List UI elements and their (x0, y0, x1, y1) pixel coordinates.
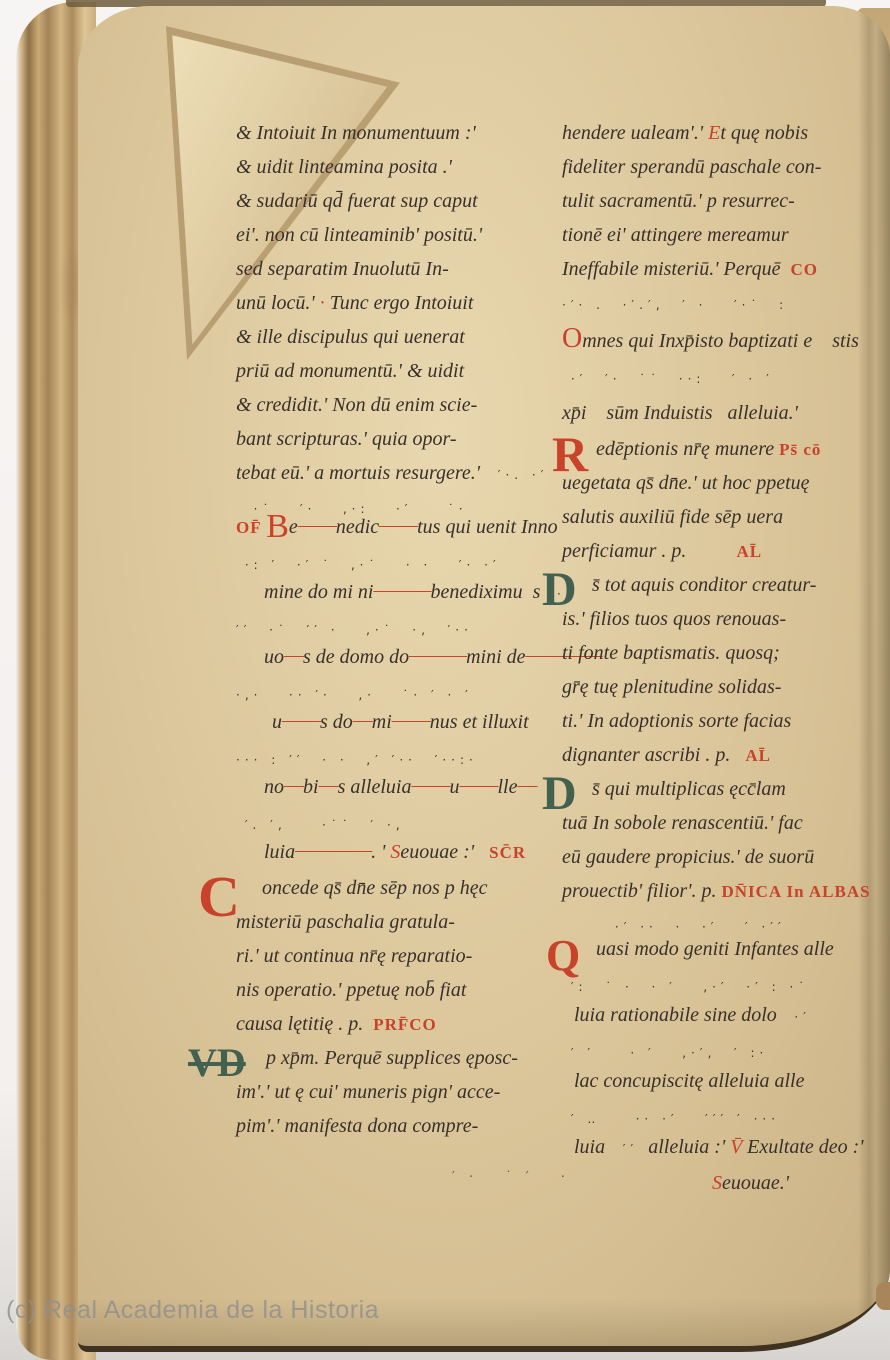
manuscript-text: s̄ qui multiplicas ęcc̄lam (592, 778, 786, 800)
manuscript-line: Ds̄ qui multiplicas ęcc̄lam (562, 778, 890, 812)
chant-extension-line: ―― (411, 774, 449, 796)
neume-marks: ·′· . ·′.′‚ ′ · ′·˙ : (562, 298, 788, 312)
manuscript-text: bi (303, 776, 319, 798)
manuscript-text: euouae :' (400, 841, 489, 863)
manuscript-text: unū locū.' (236, 292, 320, 314)
manuscript-line: ·: ′ ·′ ˙ ‚·˙ · · ′· ·′ (236, 552, 572, 581)
rubricated-letter: E (708, 122, 720, 144)
chant-extension-line: ―― (298, 514, 336, 536)
rubric: OF̄ (236, 518, 266, 537)
manuscript-text: oncede qs̄ dn̄e sēp nos p hęc (262, 877, 488, 899)
manuscript-text: s alleluia (338, 776, 412, 798)
neume-marks: ′′ (605, 1142, 638, 1156)
manuscript-text: luia rationabile sine dolo (574, 1004, 777, 1026)
manuscript-text: tulit sacramentū.' p resurrec- (562, 190, 795, 212)
neume-marks: ′·. ·′ (480, 468, 548, 482)
rubric: CO (791, 260, 819, 279)
manuscript-line: ei'. non cū linteaminib' positū.' (236, 224, 572, 258)
manuscript-column-right: hendere ualeam'.' Et quę nobisfideliter … (562, 122, 890, 1206)
manuscript-column-left: & Intoiuit In monumentuum :'& uidit lint… (236, 122, 572, 1149)
manuscript-text: tuā In sobole renascentiū.' fac (562, 812, 803, 834)
chant-extension-line: ―― (459, 774, 497, 796)
neume-marks: ′: ˙ · · ′ ‚·′ ·′ : ·˙ (562, 980, 809, 994)
neume-marks: ′ ‥ ·· ·′ ′′′ ′ ··· (562, 1112, 780, 1126)
manuscript-line: mine do mi ni―――benediximu s ′·‚ (236, 581, 572, 617)
manuscript-line: tionē ei' attingere mereamur (562, 224, 890, 258)
manuscript-line: & ille discipulus qui uenerat (236, 326, 572, 360)
manuscript-text: & Intoiuit In monumentuum :' (236, 122, 476, 144)
chant-extension-line: ― (284, 774, 303, 796)
manuscript-text: salutis auxiliū fide sēp uera (562, 506, 783, 528)
manuscript-text: nis operatio.' ppetuę nob̄ fiat (236, 979, 466, 1001)
manuscript-text: benediximu (430, 581, 522, 603)
manuscript-text: bant scripturas.' quia opor- (236, 428, 457, 450)
manuscript-text: Ineffabile misteriū.' Perquē (562, 258, 791, 280)
manuscript-line: ·′ ′· ˙˙ ··: ′ · ′ (562, 366, 890, 402)
manuscript-line: gr̄ę tuę plenitudine solidas- (562, 676, 890, 710)
manuscript-line: bant scripturas.' quia opor- (236, 428, 572, 462)
manuscript-text: tus qui uenit Inno (417, 516, 558, 538)
manuscript-text: tionē ei' attingere mereamur (562, 224, 789, 246)
neume-marks: ·: ′ ·′ ˙ ‚·˙ · · ′· ·′ (236, 558, 501, 572)
manuscript-line: ′ ‥ ·· ·′ ′′′ ′ ··· (562, 1106, 890, 1136)
library-watermark: (c) Real Academia de la Historia (6, 1296, 379, 1325)
page-edge-tab (876, 1282, 890, 1310)
manuscript-text: t quę nobis (720, 122, 808, 144)
manuscript-line: luia ′′ alleluia :' V̄ Exultate deo :' (562, 1136, 890, 1172)
manuscript-text: & credidit.' Non dū enim scie- (236, 394, 477, 416)
manuscript-text: u (449, 776, 459, 798)
manuscript-text: prouectib' filior'. p. (562, 880, 721, 902)
manuscript-text: mini de (466, 646, 525, 668)
manuscript-line: ′. ′‚ ·˙˙ ′ ·‚ (236, 812, 572, 841)
chant-extension-line: ― (353, 709, 372, 731)
manuscript-text: & ille discipulus qui uenerat (236, 326, 465, 348)
manuscript-line: ·‚· ·· ′· ‚· ˙· ′ · ′ (236, 682, 572, 711)
manuscript-text: im'.' ut ę cui' muneris pign' acce- (236, 1081, 500, 1103)
illuminated-initial-q: Q (546, 936, 580, 976)
manuscript-line: pim'.' manifesta dona compre- (236, 1115, 572, 1149)
manuscript-line: ′ ′ · ′ ‚·′‚ ′ :· (562, 1040, 890, 1070)
manuscript-text: s (523, 581, 541, 603)
manuscript-text: alleluia :' (638, 1136, 730, 1158)
rubric: AL̄ (736, 542, 762, 561)
manuscript-text: nedic (336, 516, 379, 538)
manuscript-text: ti fonte baptismatis. quosq; (562, 642, 780, 664)
manuscript-line: Seuouae.' (562, 1172, 890, 1206)
manuscript-text: nus et illuxit (430, 711, 529, 733)
manuscript-line: eū gaudere propicius.' de suorū (562, 846, 890, 880)
manuscript-line: salutis auxiliū fide sēp uera (562, 506, 890, 540)
manuscript-text: uo (264, 646, 284, 668)
manuscript-line: Ineffabile misteriū.' Perquē CO (562, 258, 890, 292)
neume-marks: ′ ′ · ′ ‚·′‚ ′ :· (562, 1046, 768, 1060)
manuscript-line: Redēptionis nr̄ę munere Ps̄ cō (562, 438, 890, 472)
manuscript-line: luia rationabile sine dolo ·′ (562, 1004, 890, 1040)
manuscript-text: edēptionis nr̄ę munere (596, 438, 779, 460)
scan-backdrop: & Intoiuit In monumentuum :'& uidit lint… (0, 0, 890, 1360)
manuscript-line: is.' filios tuos quos renouas- (562, 608, 890, 642)
manuscript-text: p xp̄m. Perquē supplices ęposc- (266, 1047, 518, 1069)
manuscript-text: . ' (371, 841, 390, 863)
manuscript-line: ti fonte baptismatis. quosq; (562, 642, 890, 676)
manuscript-line: prouectib' filior'. p. DN̄ICA In ALBAS (562, 880, 890, 914)
manuscript-text: lle (497, 776, 517, 798)
manuscript-text: uasi modo geniti Infantes alle (596, 938, 834, 960)
manuscript-line: VDp xp̄m. Perquē supplices ęposc- (236, 1047, 572, 1081)
manuscript-text: mnes qui Inxp̄isto baptizati e stis (582, 330, 859, 352)
rubricated-letter: S (390, 841, 400, 863)
manuscript-line: u――s do―mi――nus et illuxit (236, 711, 572, 747)
illuminated-initial-c: C (198, 871, 240, 923)
manuscript-line: im'.' ut ę cui' muneris pign' acce- (236, 1081, 572, 1115)
manuscript-text: no (264, 776, 284, 798)
manuscript-line: ri.' ut continua nr̄ę reparatio- (236, 945, 572, 979)
manuscript-line: lac concupiscitę alleluia alle (562, 1070, 890, 1106)
manuscript-text: tebat eū.' a mortuis resurgere.' (236, 462, 480, 484)
rubric: DN̄ICA In ALBAS (721, 882, 870, 901)
manuscript-text: priū ad monumentū.' & uidit (236, 360, 464, 382)
illuminated-initial-b: B (266, 508, 289, 545)
manuscript-text: mine do mi ni (264, 581, 373, 603)
manuscript-text: s̄ tot aquis conditor creatur- (592, 574, 816, 596)
manuscript-text: sed separatim Inuolutū In- (236, 258, 449, 280)
manuscript-line: misteriū paschalia gratula- (236, 911, 572, 945)
manuscript-text: eū gaudere propicius.' de suorū (562, 846, 814, 868)
manuscript-text: luia (574, 1136, 605, 1158)
manuscript-text: xp̄i sūm Induistis alleluia.' (562, 402, 798, 424)
manuscript-text: u (272, 711, 282, 733)
manuscript-text: gr̄ę tuę plenitudine solidas- (562, 676, 781, 698)
manuscript-text: s de domo do (303, 646, 409, 668)
manuscript-line: ·′· . ·′.′‚ ′ · ′·˙ : (562, 292, 890, 330)
rubricated-letter: S (712, 1172, 722, 1194)
chant-extension-line: ― (284, 644, 303, 666)
chant-extension-line: ― (517, 774, 536, 796)
chant-extension-line: ― (319, 774, 338, 796)
manuscript-line: causa lętitię . p. PRF̄CO (236, 1013, 572, 1047)
manuscript-line: Omnes qui Inxp̄isto baptizati e stis (562, 330, 890, 366)
manuscript-line: no―bi―s alleluia――u――lle― (236, 776, 572, 812)
manuscript-line: perficiamur . p. AL̄ (562, 540, 890, 574)
manuscript-text: lac concupiscitę alleluia alle (574, 1070, 805, 1092)
manuscript-text: e (289, 516, 298, 538)
manuscript-text: mi (372, 711, 392, 733)
manuscript-text: fideliter sperandū paschale con- (562, 156, 821, 178)
neume-marks: ·′ ·· · ·′ ′ ·′′ (562, 920, 786, 934)
manuscript-line: Quasi modo geniti Infantes alle (562, 938, 890, 974)
chant-extension-line: ――― (373, 579, 430, 601)
chant-extension-line: ―― (379, 514, 417, 536)
manuscript-text: hendere ualeam'.' (562, 122, 708, 144)
rubric: AL̄ (745, 746, 771, 765)
neume-marks: ·′ ′· ˙˙ ··: ′ · ′ (562, 372, 774, 386)
manuscript-text: ri.' ut continua nr̄ę reparatio- (236, 945, 472, 967)
manuscript-line: fideliter sperandū paschale con- (562, 156, 890, 190)
manuscript-line: OF̄ Be――nedic――tus qui uenit Inno (236, 516, 572, 552)
neume-marks: ′. ′‚ ·˙˙ ′ ·‚ (236, 818, 405, 832)
manuscript-text: & uidit linteamina posita .' (236, 156, 452, 178)
chant-extension-line: ―――― (295, 839, 371, 861)
manuscript-text: dignanter ascribi . p. (562, 744, 745, 766)
manuscript-line: luia――――. ' Seuouae :' SC̄R (236, 841, 572, 877)
manuscript-text: causa lętitię . p. (236, 1013, 373, 1035)
manuscript-text: ti.' In adoptionis sorte facias (562, 710, 791, 732)
manuscript-line: & sudariū qd̄ fuerat sup caput (236, 190, 572, 224)
manuscript-line: Ds̄ tot aquis conditor creatur- (562, 574, 890, 608)
stray-neume-marks: ′· ˙′ · (452, 1170, 579, 1185)
manuscript-line: nis operatio.' ppetuę nob̄ fiat (236, 979, 572, 1013)
manuscript-line: unū locū.' · Tunc ergo Intoiuit (236, 292, 572, 326)
manuscript-text: is.' filios tuos quos renouas- (562, 608, 786, 630)
manuscript-line: & Intoiuit In monumentuum :' (236, 122, 572, 156)
chant-extension-line: ――― (409, 644, 466, 666)
neume-marks: ··· : ′′ · · ‚′ ′·· ′··:· (236, 753, 478, 767)
neume-marks: ·′ (777, 1010, 811, 1024)
manuscript-line: ··· : ′′ · · ‚′ ′·· ′··:· (236, 747, 572, 776)
manuscript-text: Exultate deo :' (747, 1136, 863, 1158)
rubricated-letter: V̄ (730, 1136, 747, 1158)
manuscript-text: uegetata qs̄ dn̄e.' ut hoc ppetuę (562, 472, 810, 494)
rubric: SC̄R (489, 843, 526, 862)
chant-extension-line: ―― (282, 709, 320, 731)
manuscript-line: Concede qs̄ dn̄e sēp nos p hęc (236, 877, 572, 911)
manuscript-text: misteriū paschalia gratula- (236, 911, 455, 933)
manuscript-line: dignanter ascribi . p. AL̄ (562, 744, 890, 778)
illuminated-initial-d: D (542, 772, 577, 815)
rubric: PRF̄CO (373, 1015, 437, 1034)
manuscript-line: xp̄i sūm Induistis alleluia.' (562, 402, 890, 438)
manuscript-line: hendere ualeam'.' Et quę nobis (562, 122, 890, 156)
manuscript-line: uo―s de domo do―――mini de―――― (236, 646, 572, 682)
neume-marks: ·‚· ·· ′· ‚· ˙· ′ · ′ (236, 688, 473, 702)
manuscript-line: ·′ ·· · ·′ ′ ·′′ (562, 914, 890, 938)
manuscript-line: & credidit.' Non dū enim scie- (236, 394, 572, 428)
manuscript-line: ′: ˙ · · ′ ‚·′ ·′ : ·˙ (562, 974, 890, 1004)
manuscript-text: & sudariū qd̄ fuerat sup caput (236, 190, 478, 212)
manuscript-line: priū ad monumentū.' & uidit (236, 360, 572, 394)
chant-extension-line: ―― (392, 709, 430, 731)
manuscript-text: perficiamur . p. (562, 540, 736, 562)
manuscript-line: ti.' In adoptionis sorte facias (562, 710, 890, 744)
manuscript-line: tulit sacramentū.' p resurrec- (562, 190, 890, 224)
manuscript-line: & uidit linteamina posita .' (236, 156, 572, 190)
manuscript-text: ei'. non cū linteaminib' positū.' (236, 224, 482, 246)
manuscript-line: tuā In sobole renascentiū.' fac (562, 812, 890, 846)
manuscript-text: Tunc ergo Intoiuit (325, 292, 474, 314)
manuscript-line: tebat eū.' a mortuis resurgere.' ′·. ·′ (236, 462, 572, 496)
manuscript-text: euouae.' (722, 1172, 789, 1194)
manuscript-line: uegetata qs̄ dn̄e.' ut hoc ppetuę (562, 472, 890, 506)
rubric: Ps̄ cō (779, 440, 821, 459)
manuscript-line: ′′ ·˙ ′′ · ‚·˙ ·‚ ′·· (236, 617, 572, 646)
illuminated-initial-o: O (562, 323, 582, 354)
manuscript-text: s do (320, 711, 353, 733)
manuscript-text: pim'.' manifesta dona compre- (236, 1115, 478, 1137)
vere-dignum-monogram: VD (188, 1045, 246, 1081)
neume-marks: ′′ ·˙ ′′ · ‚·˙ ·‚ ′·· (236, 623, 473, 637)
illuminated-initial-r: R (552, 432, 588, 477)
manuscript-text: luia (264, 841, 295, 863)
illuminated-initial-d: D (542, 568, 577, 611)
manuscript-line: sed separatim Inuolutū In- (236, 258, 572, 292)
